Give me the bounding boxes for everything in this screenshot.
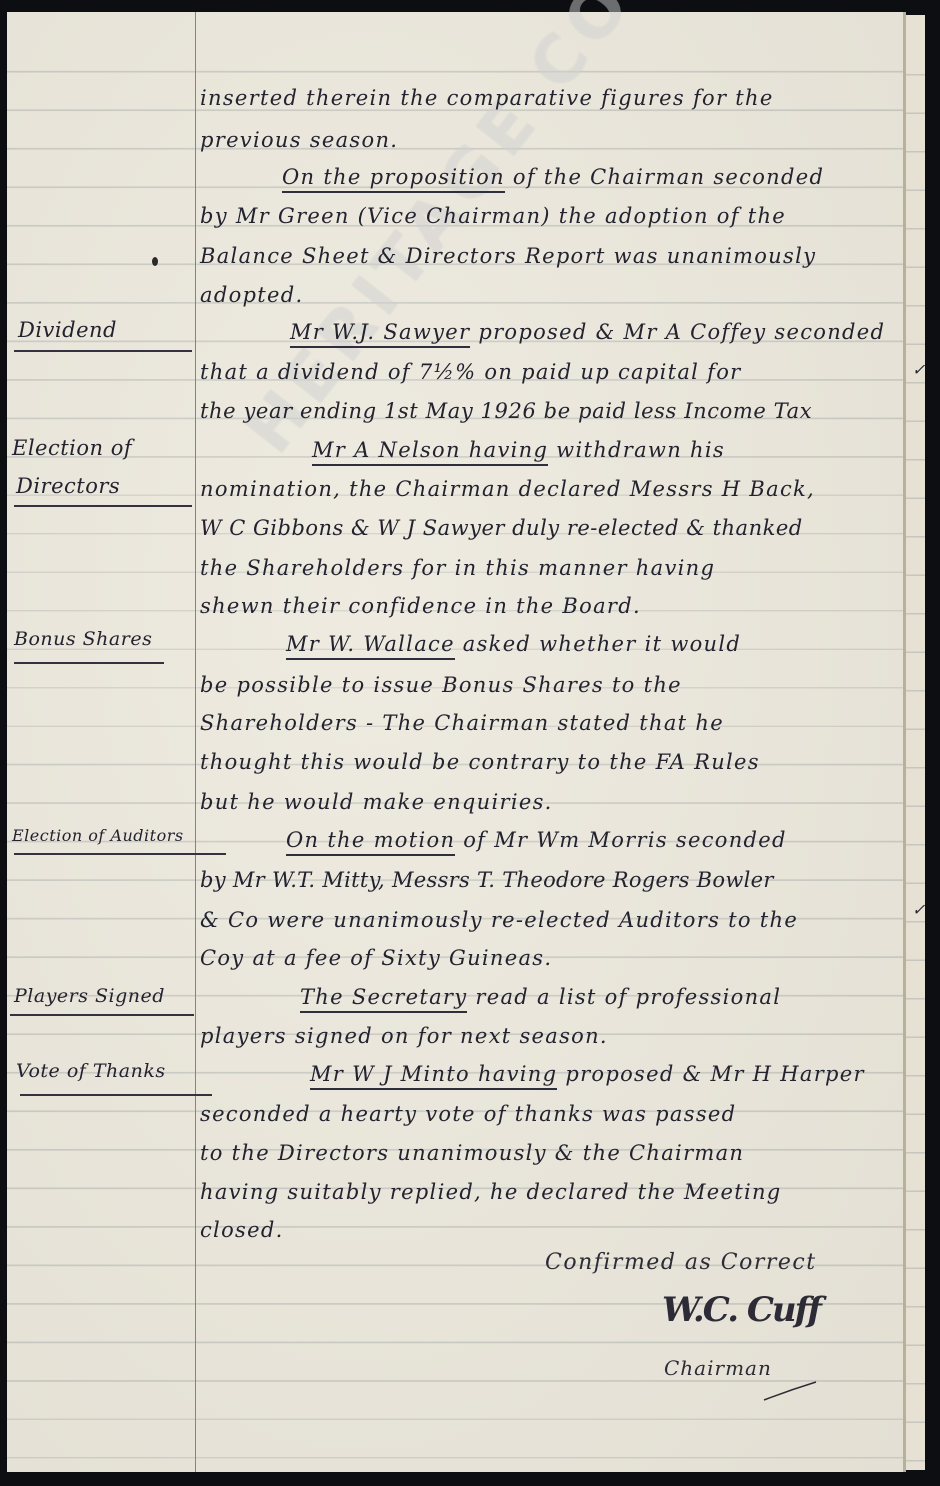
underlined-phrase: Mr W.J. Sawyer: [290, 320, 470, 348]
body-line: that a dividend of 7½% on paid up capita…: [200, 360, 742, 384]
body-line: On the proposition of the Chairman secon…: [282, 165, 824, 189]
body-line: having suitably replied, he declared the…: [200, 1180, 782, 1204]
underlined-phrase: Mr W J Minto having: [310, 1062, 557, 1090]
body-line: Mr A Nelson having withdrawn his: [312, 438, 725, 462]
body-line: thought this would be contrary to the FA…: [200, 750, 760, 774]
side-heading-rule: [10, 1014, 194, 1016]
underlined-phrase: The Secretary: [300, 985, 467, 1013]
ink-blot: [152, 257, 158, 266]
body-line: the year ending 1st May 1926 be paid les…: [200, 399, 812, 423]
signature-title: Chairman: [664, 1356, 772, 1380]
body-line: players signed on for next season.: [200, 1024, 608, 1048]
body-line: Mr W.J. Sawyer proposed & Mr A Coffey se…: [290, 320, 885, 344]
red-margin-rule: [195, 12, 196, 1472]
side-heading-election: Election of: [12, 436, 132, 460]
underlined-phrase: On the proposition: [282, 165, 505, 193]
flourish-stroke: [760, 1380, 820, 1404]
body-line: seconded a hearty vote of thanks was pas…: [200, 1102, 736, 1126]
side-heading-dividend: Dividend: [18, 318, 117, 342]
body-line: closed.: [200, 1218, 284, 1242]
side-heading-rule: [14, 350, 192, 352]
body-line: by Mr W.T. Mitty, Messrs T. Theodore Rog…: [200, 868, 774, 892]
side-heading-rule: [20, 1094, 212, 1096]
body-line: previous season.: [200, 128, 398, 152]
underlined-phrase: On the motion: [286, 828, 455, 856]
body-line: & Co were unanimously re-elected Auditor…: [200, 908, 798, 932]
side-heading-rule: [14, 505, 192, 507]
body-line: Mr W J Minto having proposed & Mr H Harp…: [310, 1062, 865, 1086]
side-heading-rule: [14, 662, 164, 664]
body-line: Balance Sheet & Directors Report was una…: [200, 244, 816, 268]
side-heading-bonus-shares: Bonus Shares: [14, 628, 152, 650]
side-heading-players-signed: Players Signed: [14, 985, 165, 1007]
body-line: but he would make enquiries.: [200, 790, 553, 814]
underlined-phrase: Mr A Nelson having: [312, 438, 548, 466]
underlined-phrase: Mr W. Wallace: [286, 632, 455, 660]
body-line: Mr W. Wallace asked whether it would: [286, 632, 741, 656]
next-page-edge: [906, 15, 925, 1470]
body-line: The Secretary read a list of professiona…: [300, 985, 781, 1009]
body-line: inserted therein the comparative figures…: [200, 86, 774, 110]
side-heading-rule: [14, 853, 226, 855]
body-line: the Shareholders for in this manner havi…: [200, 556, 715, 580]
next-page-fragment: ✓: [912, 360, 925, 379]
confirmation-text: Confirmed as Correct: [545, 1250, 817, 1275]
body-line: Coy at a fee of Sixty Guineas.: [200, 946, 552, 970]
body-line: to the Directors unanimously & the Chair…: [200, 1141, 744, 1165]
body-line: by Mr Green (Vice Chairman) the adoption…: [200, 204, 786, 228]
body-line: W C Gibbons & W J Sawyer duly re-elected…: [200, 516, 803, 540]
body-line: nomination, the Chairman declared Messrs…: [200, 477, 815, 501]
chairman-signature: W.C. Cuff: [662, 1290, 820, 1330]
next-page-fragment: ✓: [912, 900, 925, 919]
side-heading-directors: Directors: [16, 474, 120, 498]
body-line: Shareholders - The Chairman stated that …: [200, 711, 724, 735]
body-line: adopted.: [200, 283, 303, 307]
side-heading-election-auditors: Election of Auditors: [12, 826, 184, 845]
body-line: shewn their confidence in the Board.: [200, 594, 641, 618]
body-line: On the motion of Mr Wm Morris seconded: [286, 828, 787, 852]
side-heading-vote-of-thanks: Vote of Thanks: [16, 1060, 166, 1082]
body-line: be possible to issue Bonus Shares to the: [200, 673, 682, 697]
